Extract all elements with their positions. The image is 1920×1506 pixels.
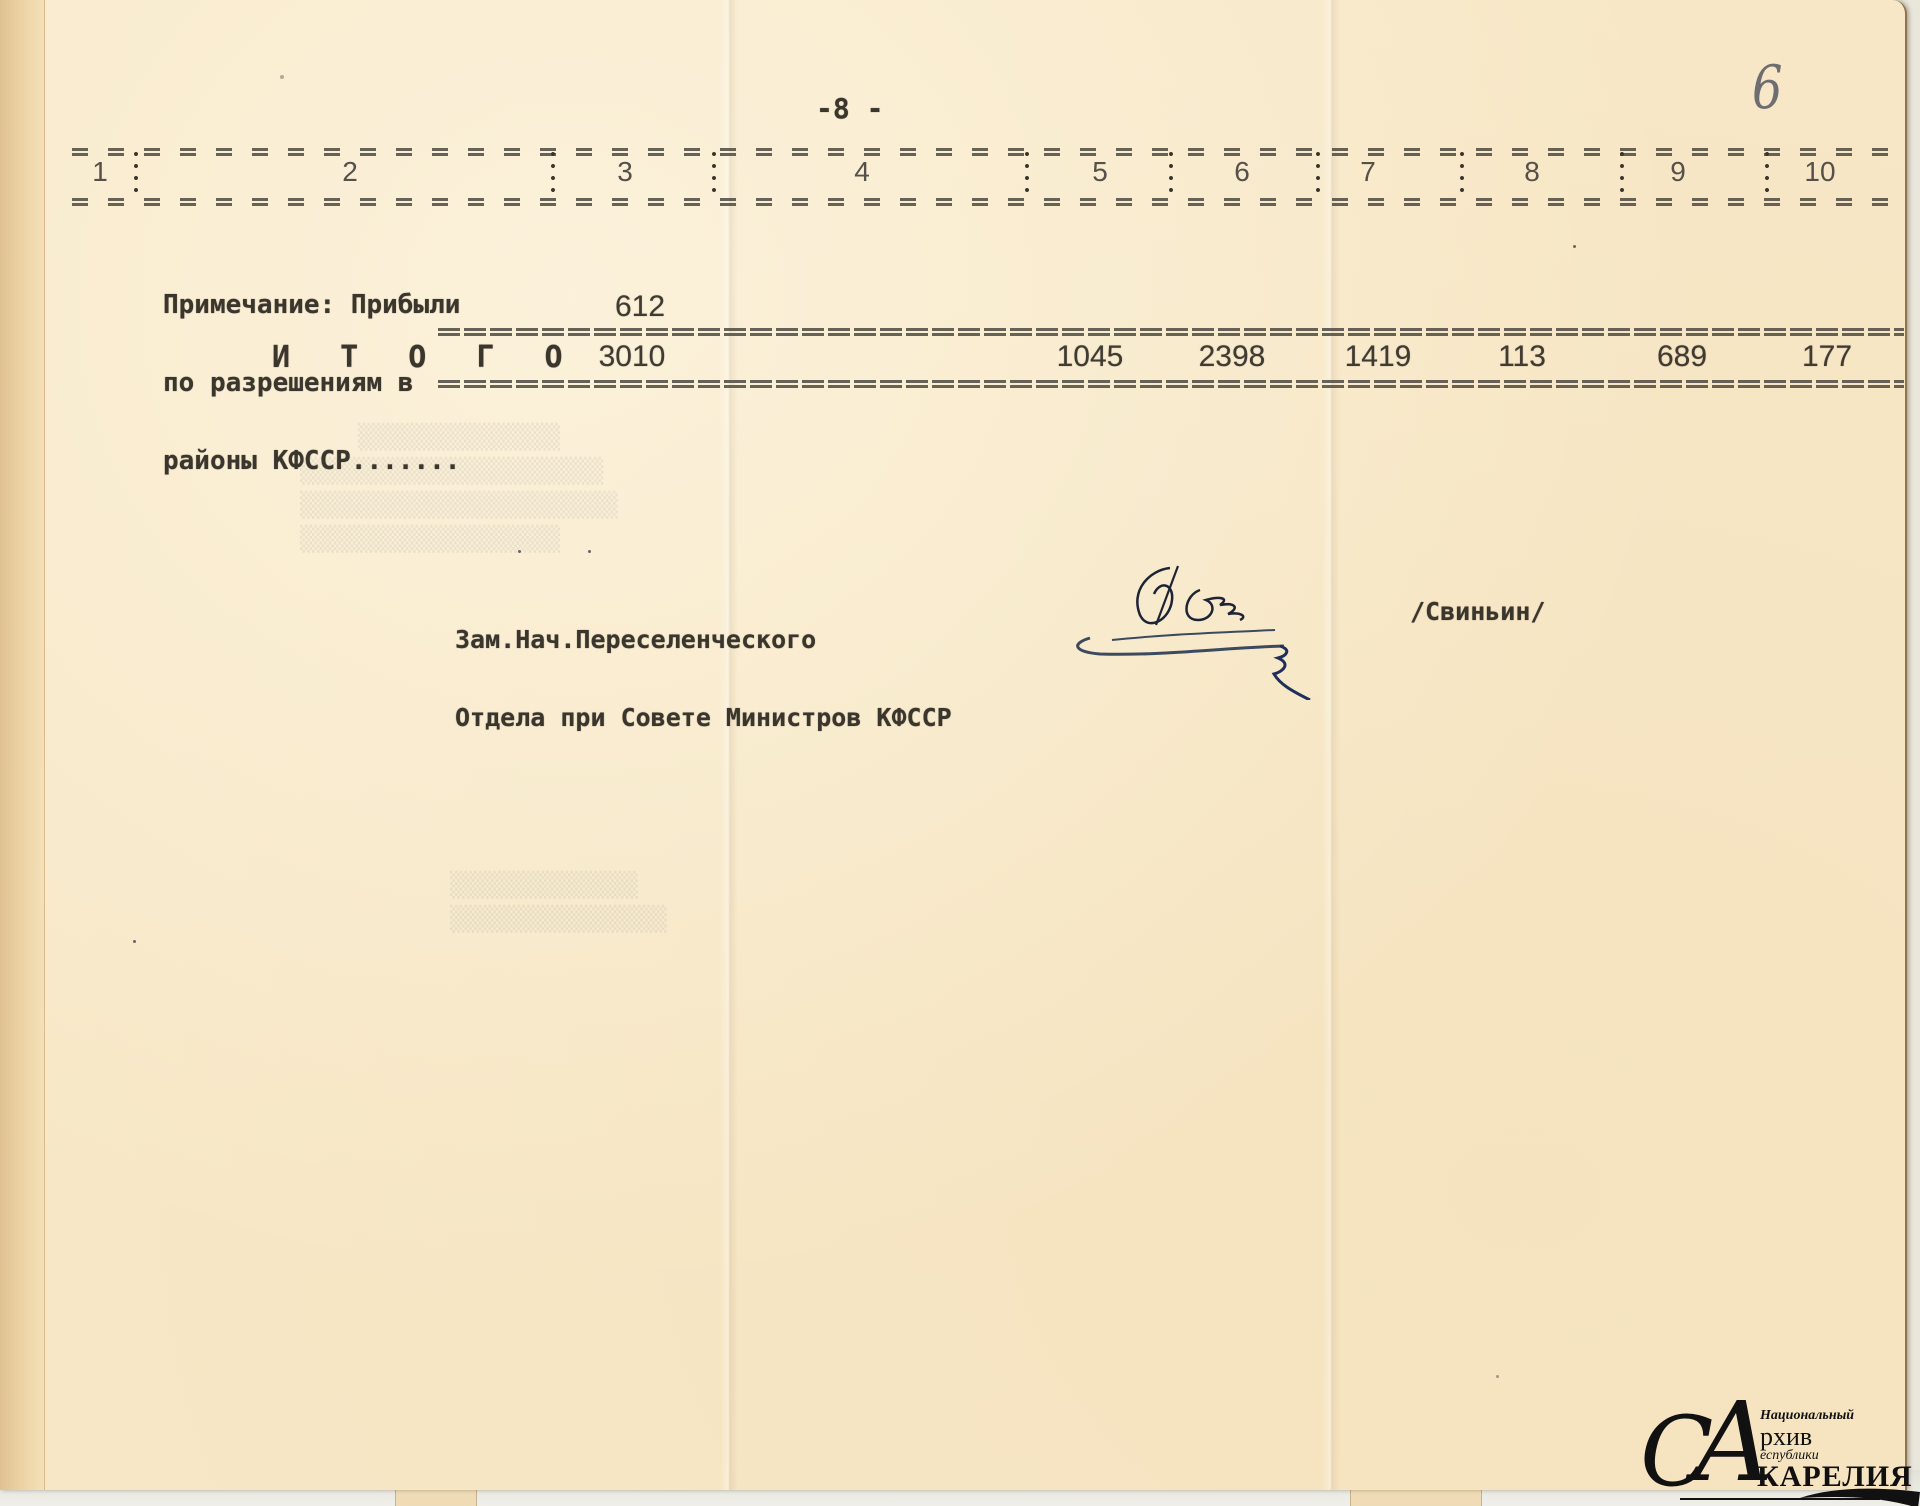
ink-speck bbox=[518, 550, 521, 553]
column-separator bbox=[134, 148, 138, 200]
total-col-8: 113 bbox=[1462, 340, 1582, 374]
total-col-5: 1045 bbox=[1030, 340, 1150, 374]
column-separator bbox=[1620, 148, 1624, 200]
total-bottom-rule bbox=[438, 378, 1904, 390]
column-header-7: 7 bbox=[1338, 156, 1398, 188]
signatory-name: /Свиньин/ bbox=[1410, 597, 1545, 626]
ink-speck bbox=[133, 940, 136, 943]
quill-feather-icon bbox=[1800, 1486, 1920, 1506]
total-col-6: 2398 bbox=[1172, 340, 1292, 374]
total-label: И Т О Г О bbox=[272, 340, 579, 375]
note-text: Примечание: Прибыли по разрешениям в рай… bbox=[163, 240, 460, 526]
column-separator bbox=[1765, 148, 1769, 200]
column-header-1: 1 bbox=[70, 156, 130, 188]
underlying-page-edge bbox=[1350, 1490, 1482, 1506]
ink-speck bbox=[1573, 245, 1576, 248]
total-top-rule bbox=[438, 326, 1904, 338]
column-header-4: 4 bbox=[832, 156, 892, 188]
total-col-7: 1419 bbox=[1318, 340, 1438, 374]
column-header-3: 3 bbox=[595, 156, 655, 188]
column-separator bbox=[1169, 148, 1173, 200]
column-separator bbox=[551, 148, 555, 200]
underlying-page-edge bbox=[395, 1490, 477, 1506]
column-header-2: 2 bbox=[320, 156, 380, 188]
archive-logo: C А Национальный рхив еспублики КАРЕЛИЯ bbox=[1640, 1400, 1920, 1506]
column-separator bbox=[1025, 148, 1029, 200]
note-line-3: районы КФССР....... bbox=[163, 448, 460, 474]
archive-page-mark: 6 bbox=[1752, 53, 1783, 123]
ink-speck bbox=[280, 75, 284, 79]
signatory-title: Зам.Нач.Переселенческого Отдела при Сове… bbox=[455, 575, 952, 783]
handwritten-signature bbox=[1060, 560, 1320, 700]
column-header-10: 10 bbox=[1785, 156, 1855, 188]
total-col-10: 177 bbox=[1767, 340, 1887, 374]
total-col-9: 689 bbox=[1622, 340, 1742, 374]
column-separator bbox=[712, 148, 716, 200]
signatory-title-line-1: Зам.Нач.Переселенческого bbox=[455, 627, 952, 653]
total-col-3: 3010 bbox=[572, 340, 692, 374]
table-header-bottom-rule bbox=[72, 196, 1904, 208]
bleed-through-text: ▒▒▒▒▒▒▒▒▒▒▒▒▒ ▒▒▒▒▒▒▒▒▒▒▒▒▒▒▒ bbox=[450, 868, 667, 936]
ink-speck bbox=[1496, 1375, 1499, 1378]
note-line-1: Примечание: Прибыли bbox=[163, 292, 460, 318]
paper-fold bbox=[1322, 0, 1340, 1490]
signatory-title-line-2: Отдела при Совете Министров КФССР bbox=[455, 705, 952, 731]
column-separator bbox=[1460, 148, 1464, 200]
ink-speck bbox=[588, 550, 591, 553]
column-header-6: 6 bbox=[1212, 156, 1272, 188]
document-page: ▒▒▒▒▒▒▒▒▒▒▒▒▒▒ ▒▒▒▒▒▒▒▒▒▒▒▒▒▒▒▒▒▒▒▒▒ ▒▒▒… bbox=[0, 0, 1907, 1490]
column-header-8: 8 bbox=[1502, 156, 1562, 188]
note-value: 612 bbox=[580, 290, 700, 324]
column-separator bbox=[1316, 148, 1320, 200]
column-header-9: 9 bbox=[1648, 156, 1708, 188]
page-number: -8 - bbox=[816, 92, 883, 125]
column-header-5: 5 bbox=[1070, 156, 1130, 188]
